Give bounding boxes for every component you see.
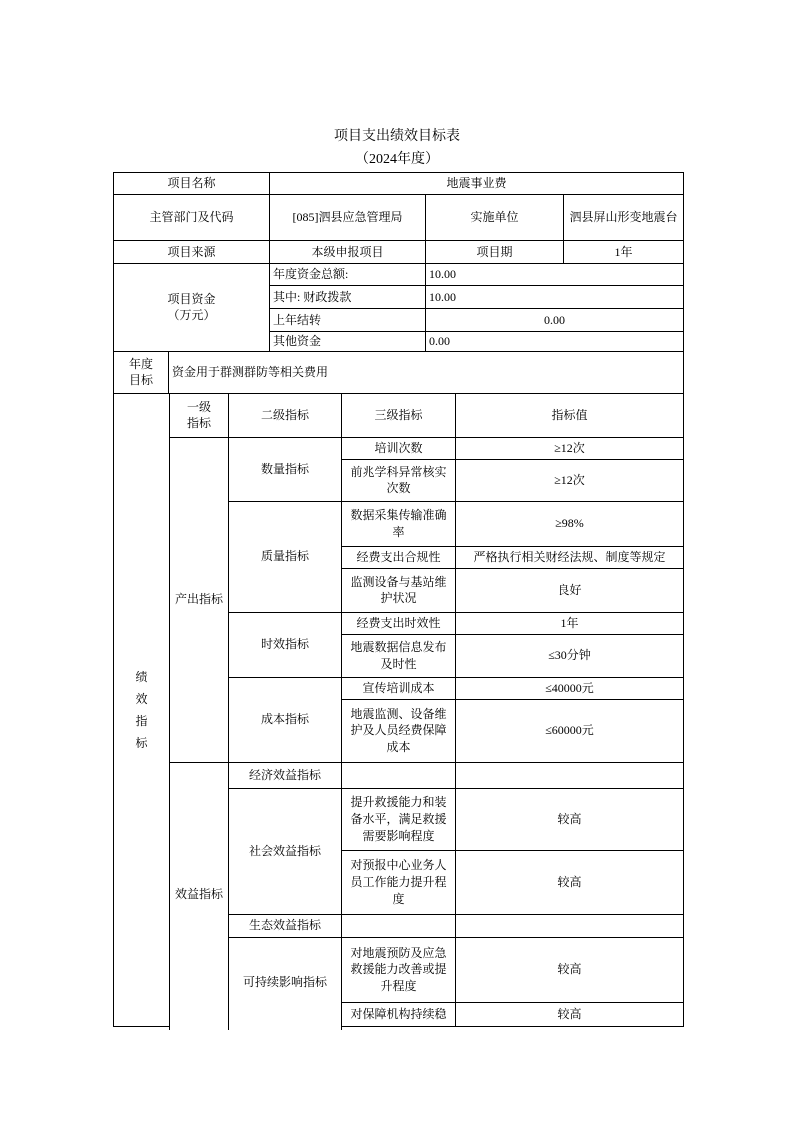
funding-unit: （万元） xyxy=(117,307,266,324)
funding-label-cell: 项目资金 （万元） xyxy=(114,264,270,352)
project-source-label: 项目来源 xyxy=(114,241,270,264)
annual-goal-label: 年度目标 xyxy=(127,356,156,390)
level3-cell: 数据采集传输准确率 xyxy=(342,501,456,546)
implement-unit-value: 泗县屏山形变地震台 xyxy=(564,195,684,241)
funding-table: 项目资金 （万元） 年度资金总额: 10.00 其中: 财政拨款 10.00 上… xyxy=(113,263,684,352)
page-break-border-stub xyxy=(169,1019,170,1030)
level3-cell: 宣传培训成本 xyxy=(342,677,456,699)
level1-cell-output: 产出指标 xyxy=(170,437,229,762)
indicator-value-cell: ≥12次 xyxy=(456,459,684,501)
document-title: 项目支出绩效目标表 xyxy=(0,129,794,145)
annual-goal-value: 资金用于群测群防等相关费用 xyxy=(169,351,684,393)
indicator-value-cell: ≥98% xyxy=(456,501,684,546)
funding-label: 项目资金 xyxy=(117,291,266,308)
level3-cell: 提升救援能力和装备水平，满足救援需要影响程度 xyxy=(342,788,456,850)
level3-cell: 经费支出时效性 xyxy=(342,612,456,634)
department-value: [085]泗县应急管理局 xyxy=(270,195,426,241)
indicator-value-cell: 较高 xyxy=(456,788,684,850)
indicator-value-cell: 1年 xyxy=(456,612,684,634)
indicator-value-cell: ≤60000元 xyxy=(456,699,684,762)
level2-cell-sustainability: 可持续影响指标 xyxy=(229,937,342,1026)
level3-cell: 地震数据信息发布及时性 xyxy=(342,634,456,677)
document-subtitle: （2024年度） xyxy=(0,152,794,168)
page-break-border-stub xyxy=(341,1019,342,1030)
document-page: 项目支出绩效目标表 （2024年度） 项目名称 地震事业费 主管部门及代码 [0… xyxy=(0,0,794,1122)
department-label: 主管部门及代码 xyxy=(114,195,270,241)
level3-cell xyxy=(342,914,456,937)
level3-cell: 对预报中心业务人员工作能力提升程度 xyxy=(342,850,456,914)
level2-cell-quantity: 数量指标 xyxy=(229,437,342,501)
basic-info-table: 项目名称 地震事业费 主管部门及代码 [085]泗县应急管理局 实施单位 泗县屏… xyxy=(113,172,684,264)
performance-side-label: 绩效指标 xyxy=(134,666,150,754)
header-level1-text: 一级指标 xyxy=(185,399,214,433)
level2-cell-social: 社会效益指标 xyxy=(229,788,342,914)
level3-cell: 培训次数 xyxy=(342,437,456,459)
indicator-value-cell: 严格执行相关财经法规、制度等规定 xyxy=(456,546,684,568)
level2-cell-economic: 经济效益指标 xyxy=(229,762,342,788)
funding-row-value: 10.00 xyxy=(426,286,684,309)
indicator-value-cell: ≤40000元 xyxy=(456,677,684,699)
indicator-value-cell xyxy=(456,762,684,788)
level3-cell xyxy=(342,762,456,788)
funding-row-name: 其中: 财政拨款 xyxy=(270,286,426,309)
level3-cell: 对保障机构持续稳 xyxy=(342,1002,456,1026)
funding-row-value: 10.00 xyxy=(426,264,684,286)
indicator-value-cell xyxy=(456,914,684,937)
project-period-value: 1年 xyxy=(564,241,684,264)
level3-cell: 地震监测、设备维护及人员经费保障成本 xyxy=(342,699,456,762)
indicator-value-cell: ≤30分钟 xyxy=(456,634,684,677)
level2-cell-timeliness: 时效指标 xyxy=(229,612,342,677)
level2-cell-quality: 质量指标 xyxy=(229,501,342,612)
level1-cell-benefit: 效益指标 xyxy=(170,762,229,1026)
performance-side-cell: 绩效指标 xyxy=(114,393,170,1026)
project-name-value: 地震事业费 xyxy=(270,173,684,195)
project-source-value: 本级申报项目 xyxy=(270,241,426,264)
implement-unit-label: 实施单位 xyxy=(426,195,564,241)
project-name-label: 项目名称 xyxy=(114,173,270,195)
funding-row-name: 其他资金 xyxy=(270,332,426,352)
level2-cell-cost: 成本指标 xyxy=(229,677,342,762)
funding-row-value: 0.00 xyxy=(426,309,684,332)
project-period-label: 项目期 xyxy=(426,241,564,264)
indicators-table: 绩效指标 一级指标 二级指标 三级指标 指标值 产出指标 数量指标 培训次数 ≥… xyxy=(113,393,684,1027)
indicator-value-cell: 较高 xyxy=(456,1002,684,1026)
indicator-value-cell: ≥12次 xyxy=(456,437,684,459)
annual-goal-table: 年度目标 资金用于群测群防等相关费用 xyxy=(113,351,684,394)
header-value: 指标值 xyxy=(456,393,684,437)
header-level3: 三级指标 xyxy=(342,393,456,437)
annual-goal-label-cell: 年度目标 xyxy=(114,351,169,393)
indicator-value-cell: 良好 xyxy=(456,568,684,612)
level3-cell: 监测设备与基站维护状况 xyxy=(342,568,456,612)
page-break-border-stub xyxy=(228,1019,229,1030)
level3-cell: 前兆学科异常核实次数 xyxy=(342,459,456,501)
indicator-value-cell: 较高 xyxy=(456,937,684,1002)
level3-cell: 经费支出合规性 xyxy=(342,546,456,568)
indicator-value-cell: 较高 xyxy=(456,850,684,914)
funding-row-name: 上年结转 xyxy=(270,309,426,332)
header-level2: 二级指标 xyxy=(229,393,342,437)
performance-target-table: 项目名称 地震事业费 主管部门及代码 [085]泗县应急管理局 实施单位 泗县屏… xyxy=(113,172,683,1027)
funding-row-name: 年度资金总额: xyxy=(270,264,426,286)
header-level1: 一级指标 xyxy=(170,393,229,437)
level2-cell-ecological: 生态效益指标 xyxy=(229,914,342,937)
level3-cell: 对地震预防及应急救援能力改善或提升程度 xyxy=(342,937,456,1002)
funding-row-value: 0.00 xyxy=(426,332,684,352)
